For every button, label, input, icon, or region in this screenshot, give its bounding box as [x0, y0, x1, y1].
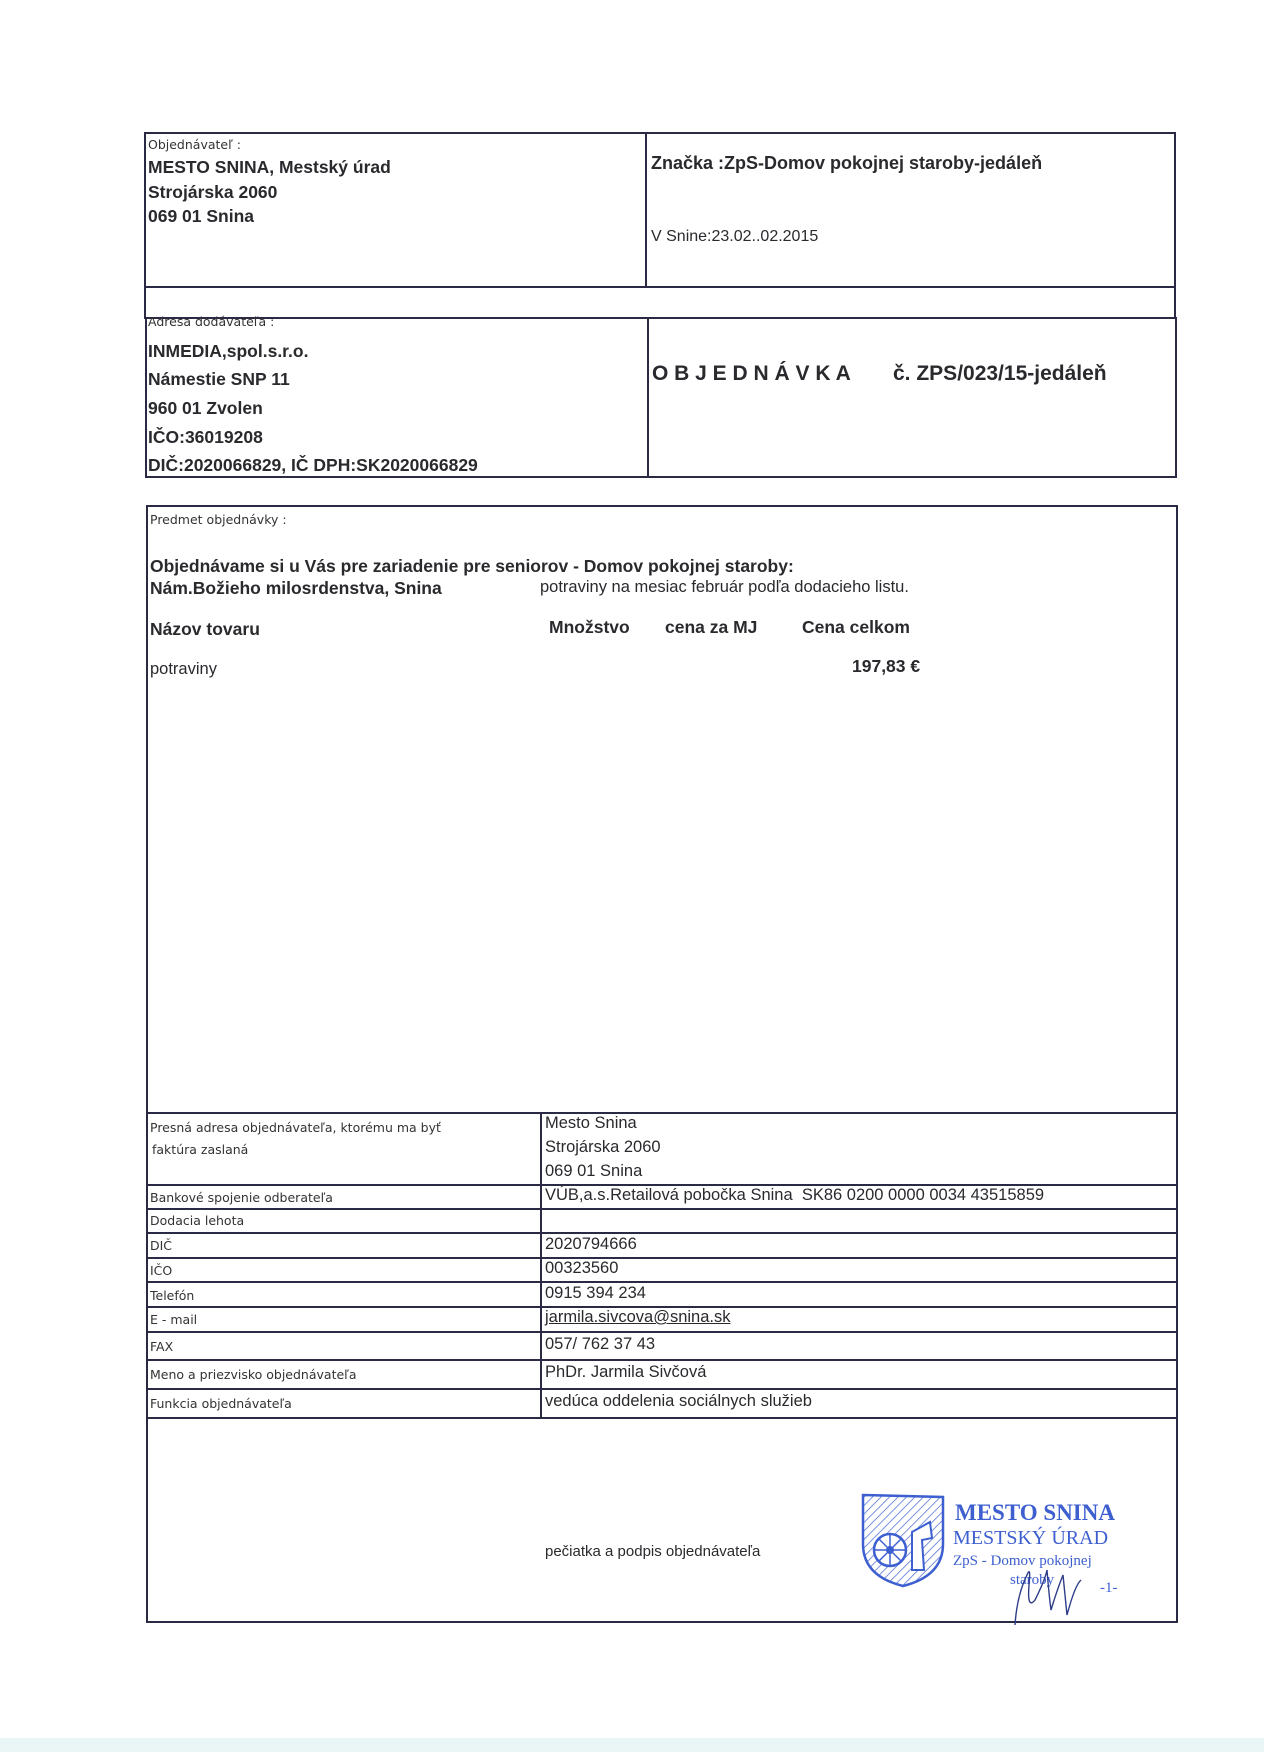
orderer-label: Objednávateľ : [148, 137, 241, 152]
function-label: Funkcia objednávateľa [150, 1396, 292, 1411]
fax-value: 057/ 762 37 43 [545, 1335, 655, 1354]
orderer-city: 069 01 Snina [148, 206, 254, 227]
dic-value: 2020794666 [545, 1235, 637, 1254]
email-link[interactable]: jarmila.sivcova@snina.sk [545, 1308, 730, 1327]
column-quantity: Množstvo [549, 617, 630, 638]
order-title-word: O B J E D N Á V K A [652, 362, 851, 386]
subject-label: Predmet objednávky : [150, 512, 287, 527]
supplier-street: Námestie SNP 11 [148, 369, 290, 390]
order-number: č. ZPS/023/15-jedáleň [893, 362, 1107, 386]
signature-label: pečiatka a podpis objednávateľa [545, 1543, 760, 1560]
item-name: potraviny [150, 660, 217, 679]
invoice-address-label-1: Presná adresa objednávateľa, ktorému ma … [150, 1120, 441, 1135]
fax-label: FAX [150, 1339, 173, 1354]
details-divider [540, 1112, 542, 1417]
row-line [146, 1331, 1178, 1333]
subject-line1: Objednávame si u Vás pre zariadenie pre … [150, 556, 794, 577]
stamp-line-1: MESTO SNINA [955, 1500, 1115, 1526]
order-mark: Značka :ZpS-Domov pokojnej staroby-jedál… [651, 153, 1042, 174]
invoice-address-line-2: Strojárska 2060 [545, 1138, 661, 1157]
orderer-street: Strojárska 2060 [148, 182, 277, 203]
invoice-address-label-2: faktúra zaslaná [152, 1142, 248, 1157]
orderer-divider [645, 132, 647, 287]
place-date: V Snine:23.02..02.2015 [651, 228, 818, 246]
row-line [146, 1359, 1178, 1361]
ico-value: 00323560 [545, 1259, 618, 1278]
column-name: Názov tovaru [150, 619, 260, 640]
subject-box [146, 505, 1178, 1623]
row-line [146, 1257, 1178, 1259]
invoice-address-line-3: 069 01 Snina [545, 1162, 642, 1181]
phone-value: 0915 394 234 [545, 1284, 646, 1303]
supplier-label: Adresa dodávateľa : [148, 314, 274, 329]
row-line [146, 1281, 1178, 1283]
item-total: 197,83 € [852, 656, 920, 677]
column-total: Cena celkom [802, 617, 910, 638]
row-line [146, 1417, 1178, 1419]
stamp-number: -1- [1100, 1580, 1118, 1597]
function-value: vedúca oddelenia sociálnych služieb [545, 1392, 812, 1411]
column-unit-price: cena za MJ [665, 617, 757, 638]
city-coat-of-arms-icon [860, 1492, 946, 1588]
details-top-line [146, 1112, 1178, 1114]
orderer-bottom-line [144, 286, 1176, 288]
delivery-label: Dodacia lehota [150, 1213, 244, 1228]
supplier-name: INMEDIA,spol.s.r.o. [148, 341, 308, 362]
supplier-ico: IČO:36019208 [148, 427, 263, 448]
row-line [146, 1208, 1178, 1210]
row-line [146, 1388, 1178, 1390]
email-label: E - mail [150, 1312, 197, 1327]
supplier-city: 960 01 Zvolen [148, 398, 263, 419]
phone-label: Telefón [150, 1288, 194, 1303]
handwritten-signature-icon [1005, 1555, 1095, 1630]
supplier-divider [647, 317, 649, 478]
stamp-line-2: MESTSKÝ ÚRAD [953, 1527, 1108, 1550]
invoice-address-line-1: Mesto Snina [545, 1114, 637, 1133]
dic-label: DIČ [150, 1238, 172, 1253]
row-line [146, 1232, 1178, 1234]
ico-label: IČO [150, 1263, 172, 1278]
bank-value: VÚB,a.s.Retailová pobočka Snina SK86 020… [545, 1186, 1044, 1205]
scan-edge [0, 1738, 1264, 1752]
subject-line2-right: potraviny na mesiac február podľa dodaci… [540, 578, 909, 597]
name-label: Meno a priezvisko objednávateľa [150, 1367, 357, 1382]
supplier-dic: DIČ:2020066829, IČ DPH:SK2020066829 [148, 455, 478, 476]
subject-line2-left: Nám.Božieho milosrdenstva, Snina [150, 578, 442, 599]
name-value: PhDr. Jarmila Sivčová [545, 1363, 706, 1382]
orderer-name: MESTO SNINA, Mestský úrad [148, 157, 391, 178]
bank-label: Bankové spojenie odberateľa [150, 1190, 333, 1205]
